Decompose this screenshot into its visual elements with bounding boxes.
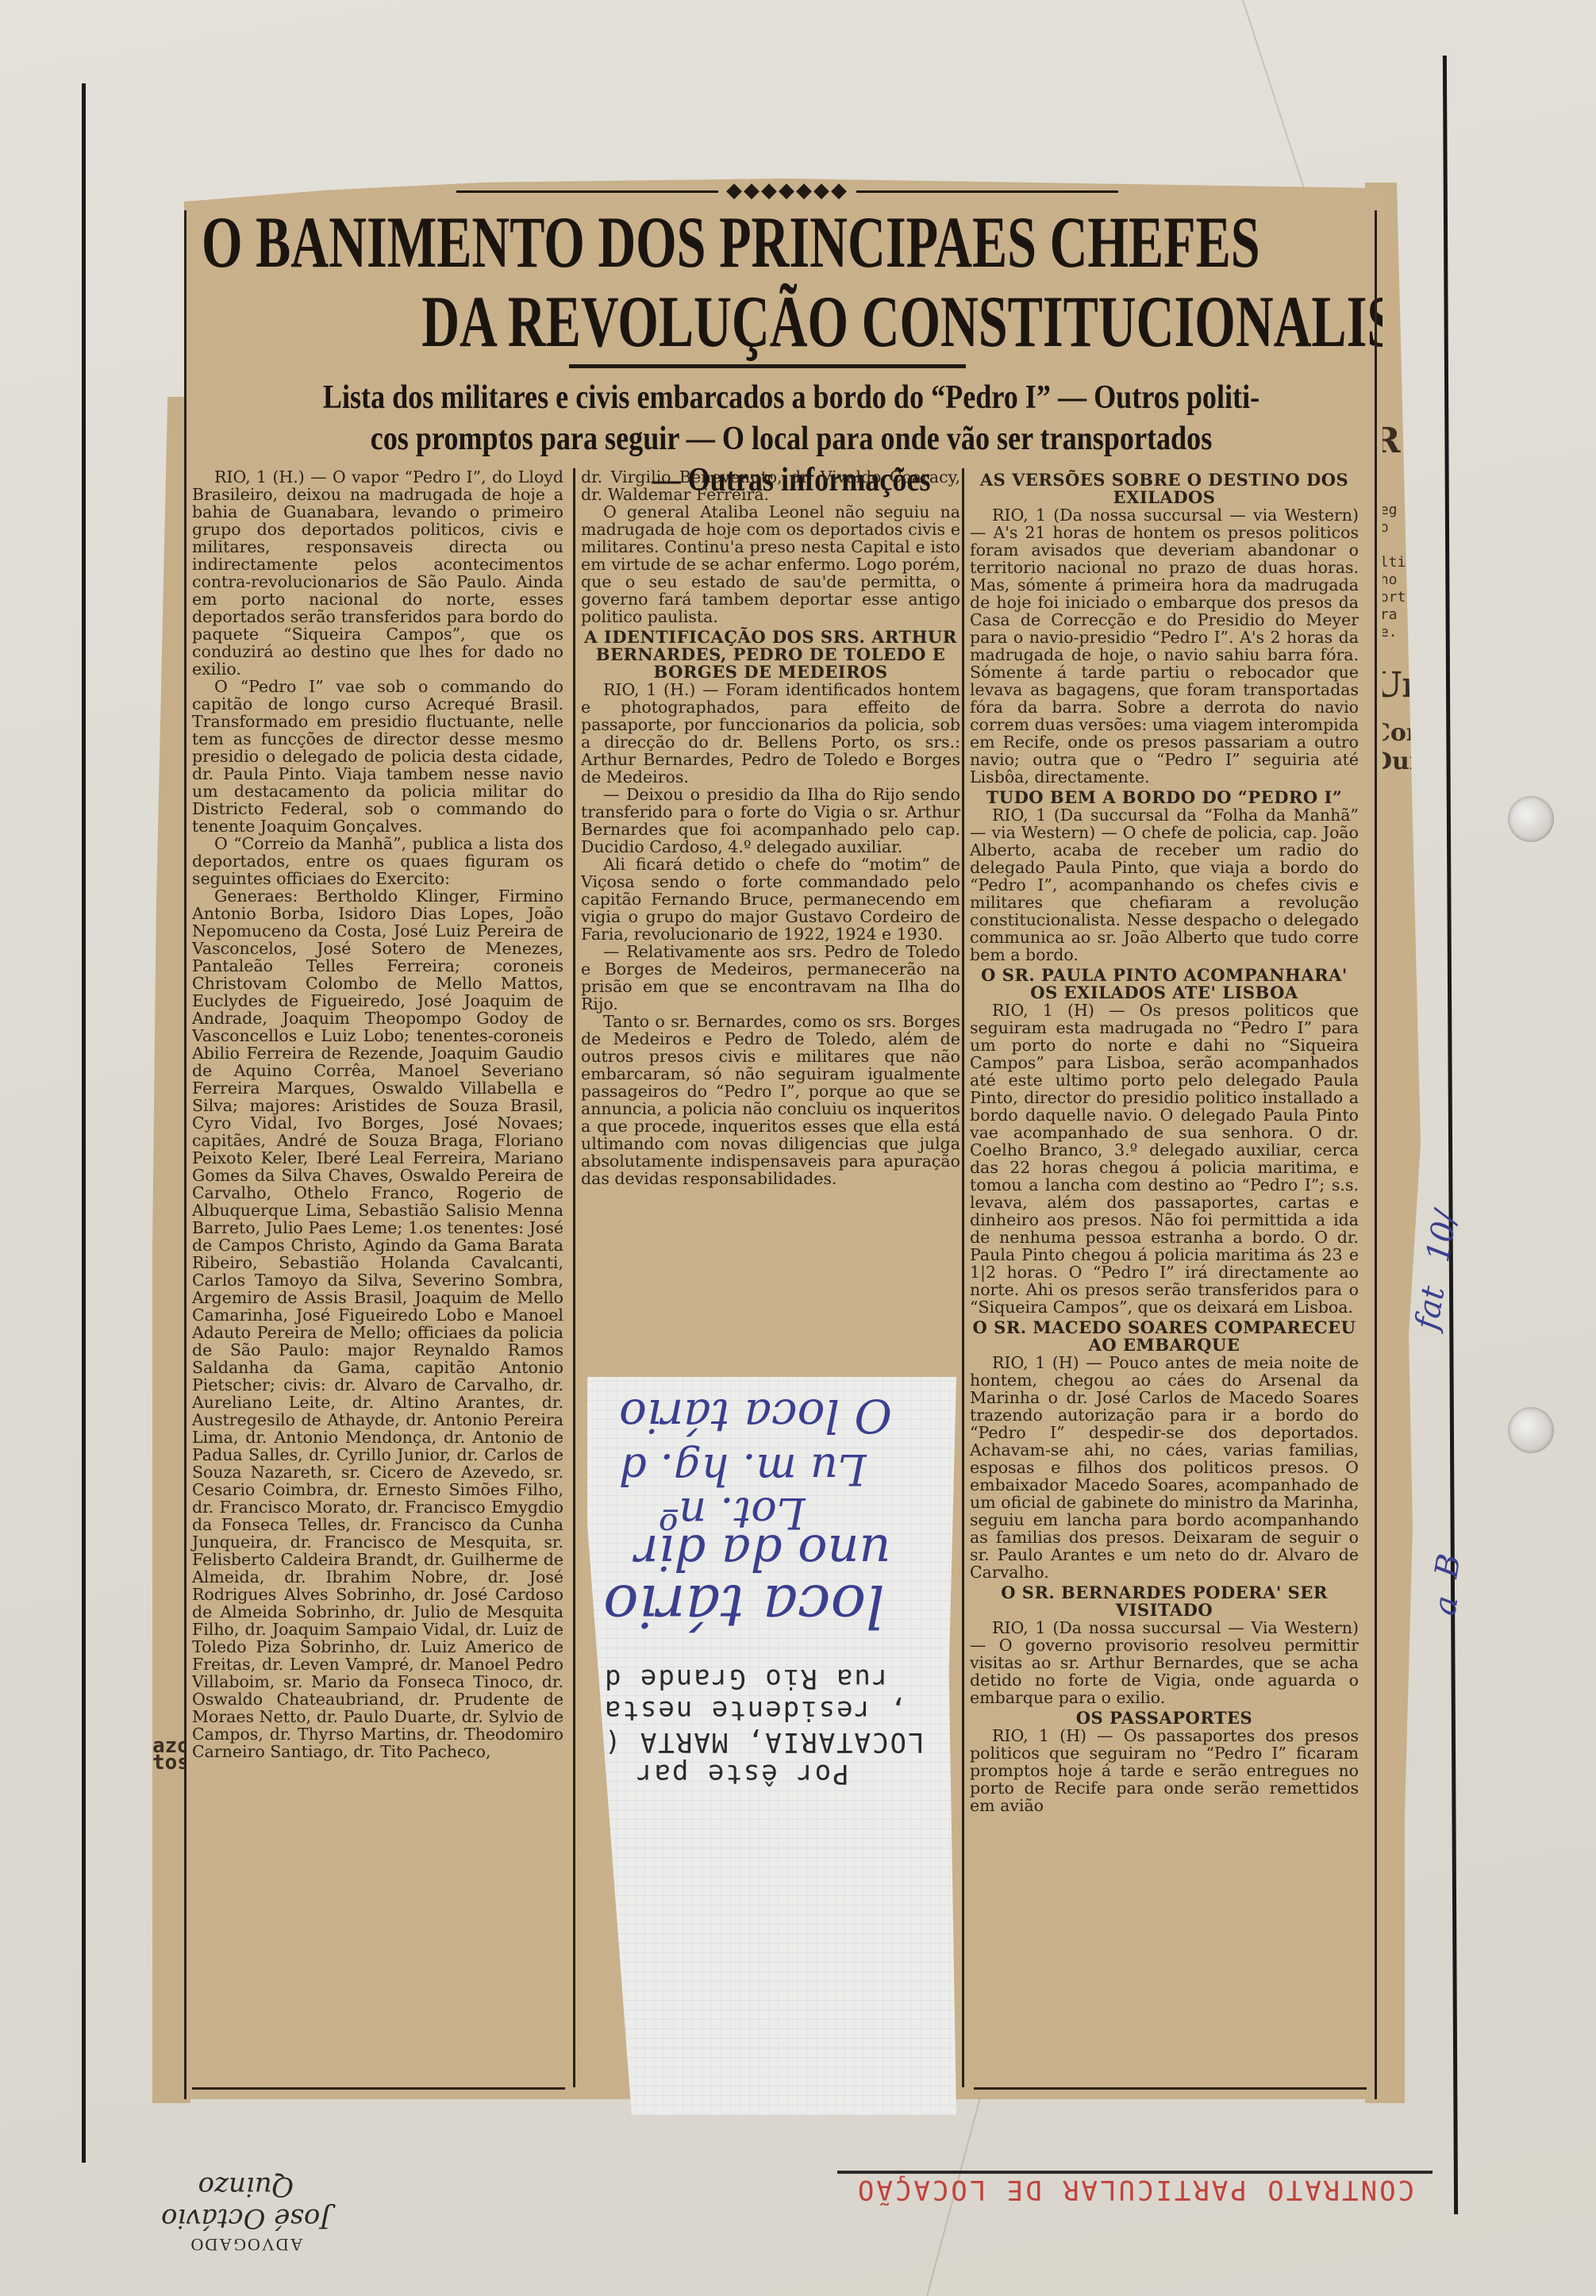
footer-rule — [192, 2087, 565, 2090]
headline: O BANIMENTO DOS PRINCIPAES CHEFES DA REV… — [202, 202, 1041, 361]
footer-rule — [974, 2087, 1367, 2090]
paragraph: Ali ficará detido o chefe do “motim” de … — [581, 856, 960, 943]
subhead-line-1: Lista dos militares e civis embarcados a… — [279, 377, 1303, 418]
typed-line: Por êste par — [635, 1758, 849, 1790]
paragraph: O general Ataliba Leonel não seguiu na m… — [581, 503, 960, 625]
paragraph: — Relativamente aos srs. Pedro de Toledo… — [581, 943, 960, 1013]
form-title-band: CONTRATO PARTICULAR DE LOCAÇÃO — [837, 2171, 1433, 2206]
left-fragment-heading: tos — [152, 1755, 187, 1771]
column-rule — [573, 468, 575, 2087]
paragraph: Tanto o sr. Bernardes, como os srs. Borg… — [581, 1013, 960, 1187]
typed-line: , residente nesta — [603, 1694, 906, 1726]
column-rule — [962, 468, 964, 2087]
typed-line: rua Rio Grande d — [603, 1663, 889, 1694]
article-column-2: dr. Virgilio Benevenuto, dr. Vivaldo Coa… — [581, 468, 960, 1187]
section-heading: AS VERSÕES SOBRE O DESTINO DOS EXILADOS — [970, 471, 1359, 506]
headline-line-2: DA REVOLUÇÃO CONSTITUCIONALISTA — [202, 282, 1041, 361]
article-column-1: RIO, 1 (H.) — O vapor “Pedro I”, do Lloy… — [192, 468, 563, 1760]
form-title: CONTRATO PARTICULAR DE LOCAÇÃO — [856, 2174, 1414, 2206]
handwritten-line: O loca tário — [619, 1389, 892, 1443]
headline-rule — [569, 364, 966, 368]
paragraph: RIO, 1 (H.) — Foram identificados hontem… — [581, 681, 960, 786]
pasted-contract-slip: O loca tário Lu m. hg. d Lot. nº uno da … — [587, 1377, 956, 2115]
column-rule — [1375, 210, 1377, 2099]
section-heading: A IDENTIFICAÇÃO DOS SRS. ARTHUR BERNARDE… — [581, 629, 960, 681]
lawyer-name: José Octávio Quinzo — [119, 2171, 373, 2234]
subhead-line-2: cos promptos para seguir — O local para … — [279, 418, 1303, 460]
paragraph: O “Pedro I” vae sob o commando do capitã… — [192, 678, 563, 835]
paragraph: RIO, 1 (Da nossa succursal — Via Western… — [970, 1619, 1359, 1706]
paragraph: — Deixou o presidio da Ilha do Rijo send… — [581, 786, 960, 856]
article-column-3: AS VERSÕES SOBRE O DESTINO DOS EXILADOS … — [970, 468, 1359, 1814]
paragraph: dr. Virgilio Benevenuto, dr. Vivaldo Coa… — [581, 468, 960, 503]
handwritten-margin-note: fat — [1409, 1283, 1452, 1333]
handwritten-line: loca tário — [603, 1571, 885, 1640]
headline-line-1: O BANIMENTO DOS PRINCIPAES CHEFES — [202, 202, 1041, 282]
punch-hole-icon — [1508, 796, 1554, 842]
paragraph: RIO, 1 (Da nossa succursal — via Western… — [970, 506, 1359, 786]
punch-hole-icon — [1508, 1407, 1554, 1453]
right-margin-rule — [1443, 56, 1458, 2214]
paragraph: RIO, 1 (H.) — O vapor “Pedro I”, do Lloy… — [192, 468, 563, 678]
paragraph: RIO, 1 (Da succursal da “Folha da Manhã”… — [970, 806, 1359, 963]
handwritten-line: Lu m. hg. d — [619, 1444, 867, 1494]
section-heading: O SR. MACEDO SOARES COMPARECEU AO EMBARQ… — [970, 1319, 1359, 1354]
section-heading: O SR. BERNARDES PODERA' SER VISITADO — [970, 1584, 1359, 1619]
typed-line: LOCATARIA, MARTA ( — [603, 1726, 924, 1758]
column-rule — [184, 210, 187, 2099]
paragraph: RIO, 1 (H) — Pouco antes de meia noite d… — [970, 1354, 1359, 1581]
section-heading: O SR. PAULA PINTO ACOMPANHARA' OS EXILAD… — [970, 967, 1359, 1002]
paragraph: RIO, 1 (H) — Os presos politicos que seg… — [970, 1002, 1359, 1316]
lawyer-title: ADVOGADO — [119, 2234, 373, 2255]
section-heading: TUDO BEM A BORDO DO “PEDRO I” — [970, 789, 1359, 806]
paragraph: O “Correio da Manhã”, publica a lista do… — [192, 835, 563, 887]
deportee-list-paragraph: Generaes: Bertholdo Klinger, Firmino Ant… — [192, 887, 563, 1760]
paragraph: RIO, 1 (H) — Os passaportes dos presos p… — [970, 1727, 1359, 1814]
left-margin-rule — [82, 83, 86, 2163]
section-heading: OS PASSAPORTES — [970, 1710, 1359, 1727]
lawyer-letterhead: ADVOGADO José Octávio Quinzo — [119, 2171, 373, 2255]
